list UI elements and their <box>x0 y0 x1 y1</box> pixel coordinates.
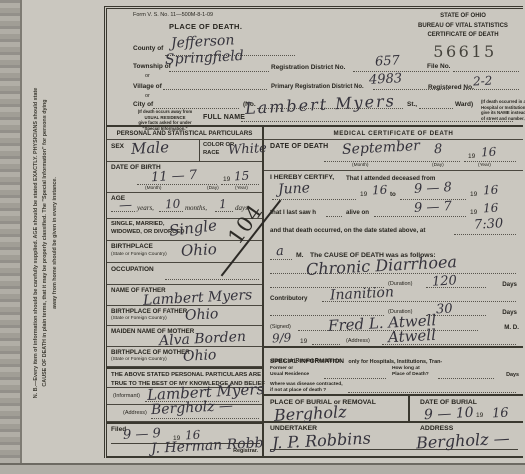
birthplace-value: Ohio <box>181 242 218 259</box>
state-heading: STATE OF OHIO BUREAU OF VITAL STATISTICS… <box>407 12 519 41</box>
day-sublabel: (Day) <box>207 186 219 191</box>
years-label: years, <box>137 204 154 212</box>
marital-label-line: SINGLE, MARRIED, <box>111 221 164 227</box>
margin-note-line: CAUSE OF DEATH in plain terms, that it m… <box>41 17 50 469</box>
dotted-line <box>464 161 516 162</box>
primary-district-value: 4983 <box>369 72 403 87</box>
father-name-row: NAME OF FATHER Lambert Myers <box>107 285 262 306</box>
special-info-rest: only for Hospitals, Institutions, Tran- <box>348 359 442 365</box>
mother-birthplace-row: BIRTHPLACE OF MOTHER (State or Foreign C… <box>107 347 262 367</box>
former-line: Usual Residence <box>270 372 309 377</box>
cause-of-death-label-row: a M. The CAUSE OF DEATH was as follows: … <box>264 247 523 265</box>
place-of-death-heading: PLACE OF DEATH. <box>169 22 242 31</box>
dotted-line <box>312 344 340 345</box>
year-prefix: 19 <box>470 209 477 216</box>
dotted-line <box>163 89 267 90</box>
dotted-line <box>272 199 356 200</box>
certify-text: That I attended deceased from <box>346 175 435 182</box>
note-line: (If death occurred in a <box>481 99 525 105</box>
death-occurred-label: and that death occurred, on the date sta… <box>270 227 425 234</box>
dotted-line <box>137 184 217 185</box>
color-race-value: White <box>228 142 267 157</box>
personal-column: PERSONAL AND STATISTICAL PARTICULARS SEX… <box>107 127 264 458</box>
informant-label: (Informant) <box>113 393 140 399</box>
contributory-row: Contributory Inanition <box>264 291 523 305</box>
death-day-value: 8 <box>434 143 443 156</box>
how-long-label: How long at Place of Death? <box>392 366 429 379</box>
former-line: Former or <box>270 366 293 371</box>
year-prefix: 19 <box>468 153 475 160</box>
last-saw-post-label: alive on <box>346 209 369 216</box>
last-saw-value: 9 — 7 <box>414 200 452 215</box>
attended-from-value: June <box>278 181 311 197</box>
primary-district-label: Primary Registration District No. <box>271 84 364 90</box>
sign-date-address-row: 9/9 19 (Address) Atwell <box>264 334 523 348</box>
color-race-cell: COLOR OR RACE White <box>199 140 264 162</box>
mother-birthplace-sublabel: (State or Foreign Country) <box>111 357 167 362</box>
birthplace-label: BIRTHPLACE <box>111 243 153 250</box>
mother-birthplace-label: BIRTHPLACE OF MOTHER <box>111 349 190 356</box>
age-years-value: — <box>119 199 133 213</box>
mother-name-value: Alva Borden <box>159 330 247 349</box>
city-label: City of <box>133 101 153 108</box>
form-number: Form V. S. No. 11—500M-8-1-09 <box>133 12 213 18</box>
physician-address-label: (Address) <box>346 338 370 344</box>
disease-contracted-label: Where was disease contracted, if not at … <box>270 382 343 395</box>
father-name-value: Lambert Myers <box>143 288 253 308</box>
howlong-line: Place of Death? <box>392 372 429 377</box>
attended-to-value: 9 — 8 <box>414 181 452 196</box>
days-label: Days <box>502 281 517 288</box>
months-label: months, <box>185 204 207 212</box>
date-of-death-row: DATE OF DEATH September 8 19 16 (Month) … <box>264 140 523 171</box>
county-label: County of <box>133 45 163 52</box>
burial-date-value: 9 — 10 <box>424 406 474 423</box>
dotted-line <box>454 234 516 235</box>
township-value: Springfield <box>165 49 244 67</box>
howlong-line: How long at <box>392 366 420 371</box>
year-prefix: 19 <box>300 338 307 345</box>
date-of-death-label: DATE OF DEATH <box>270 143 328 150</box>
dotted-line <box>169 71 269 72</box>
filed-row: Filed 9 — 9 19 16 J. Herman Robb Registr… <box>107 422 262 458</box>
dotted-line <box>215 211 233 212</box>
attended-from-year: 16 <box>372 184 388 197</box>
birthplace-sublabel: (State or Foreign Country) <box>111 252 167 257</box>
informant-address-value: Bergholz — <box>151 399 234 417</box>
dotted-line <box>151 418 259 419</box>
attest-line: THE ABOVE STATED PERSONAL PARTICULARS AR… <box>111 372 261 378</box>
note-line: (If death occurs away from <box>129 109 201 115</box>
village-label: Village of <box>133 83 162 90</box>
hospital-note: (If death occurred in a Hospital or Inst… <box>481 99 525 121</box>
md-label: M. D. <box>504 324 519 331</box>
days-label: Days <box>506 372 519 378</box>
occupation-label: OCCUPATION <box>111 266 154 273</box>
year-sublabel: (Year) <box>235 186 248 191</box>
informant-address-row: (Address) Bergholz — <box>107 405 262 422</box>
mother-name-row: MAIDEN NAME OF MOTHER Alva Borden <box>107 326 262 347</box>
undertaker-row: UNDERTAKER J. P. Robbins ADDRESS Berghol… <box>264 423 523 458</box>
days-label: Days <box>502 309 517 316</box>
sex-label: SEX <box>111 143 124 150</box>
dotted-line <box>453 71 519 72</box>
sex-color-row: SEX Male COLOR OR RACE White <box>107 140 262 162</box>
burial-year-value: 16 <box>492 407 509 421</box>
street-label: St., <box>407 101 417 108</box>
attended-to-year: 16 <box>483 184 499 197</box>
informant-address-label: (Address) <box>123 410 147 416</box>
contracted-line: Where was disease contracted, <box>270 382 343 387</box>
contracted-line: if not at place of death ? <box>270 388 326 393</box>
day-sublabel: (Day) <box>432 163 444 168</box>
meridiem-label: M. <box>296 252 304 259</box>
special-information-block: SPECIAL INFORMATION only for Hospitals, … <box>264 348 523 396</box>
registered-no-value: 2-2 <box>473 75 493 88</box>
father-birthplace-value: Ohio <box>185 307 219 323</box>
last-saw-year: 16 <box>483 202 499 215</box>
note-line: give its NAME instead <box>481 110 525 116</box>
dotted-line <box>374 216 466 217</box>
registration-district-value: 657 <box>375 54 400 68</box>
am-pm-value: a <box>276 245 284 258</box>
margin-note-line: N. B.—Every item of information should b… <box>32 17 41 469</box>
dotted-line <box>165 279 259 280</box>
father-birthplace-label: BIRTHPLACE OF FATHER <box>111 308 187 315</box>
date-of-birth-value: 11 — 7 <box>151 169 198 184</box>
or-label: or <box>145 73 150 79</box>
ward-label: Ward) <box>455 101 473 108</box>
death-month-value: September <box>342 139 421 157</box>
adjacent-page-torn-edge <box>0 0 22 474</box>
full-name-label: FULL NAME <box>203 114 245 121</box>
year-prefix: 19 <box>470 191 477 198</box>
physician-address-value: Atwell <box>388 328 437 345</box>
certificate-number: 56615 <box>417 42 513 61</box>
death-year-value: 16 <box>481 146 497 159</box>
medical-column: MEDICAL CERTIFICATE OF DEATH DATE OF DEA… <box>264 127 523 458</box>
year-prefix: 19 <box>476 412 483 419</box>
to-label: to <box>390 191 396 198</box>
occupation-row: OCCUPATION <box>107 263 262 285</box>
next-page-edge <box>0 463 525 474</box>
burial-row: PLACE OF BURIAL or REMOVAL Bergholz DATE… <box>264 396 523 423</box>
full-name-value: Lambert Myers <box>245 93 397 117</box>
duration-value: 120 <box>432 274 457 288</box>
dotted-line <box>348 392 516 393</box>
personal-title: PERSONAL AND STATISTICAL PARTICULARS <box>107 127 262 140</box>
father-birthplace-row: BIRTHPLACE OF FATHER (State or Foreign C… <box>107 306 262 326</box>
state-line: STATE OF OHIO <box>407 12 519 22</box>
state-line: CERTIFICATE OF DEATH <box>407 31 519 41</box>
mother-birthplace-value: Ohio <box>183 348 217 364</box>
form-header: Form V. S. No. 11—500M-8-1-09 PLACE OF D… <box>107 9 523 127</box>
form-columns: PERSONAL AND STATISTICAL PARTICULARS SEX… <box>107 127 523 458</box>
year-sublabel: (Year) <box>478 163 491 168</box>
or-label: or <box>145 93 150 99</box>
medical-title: MEDICAL CERTIFICATE OF DEATH <box>264 127 523 140</box>
birth-year-value: 15 <box>234 170 250 183</box>
marital-value: Single <box>168 218 217 239</box>
sex-value: Male <box>131 140 170 157</box>
dotted-line <box>241 121 513 122</box>
signed-label: (Signed) <box>270 324 291 330</box>
month-sublabel: (Month) <box>145 186 162 191</box>
burial-place-value: Bergholz <box>274 404 347 424</box>
dotted-line <box>419 108 453 109</box>
note-line: give facts asked for under <box>129 120 201 126</box>
margin-instructions: N. B.—Every item of information should b… <box>32 17 62 469</box>
month-sublabel: (Month) <box>352 163 369 168</box>
dotted-line <box>324 161 460 162</box>
dotted-line <box>270 259 292 260</box>
father-birthplace-sublabel: (State or Foreign Country) <box>111 316 167 321</box>
dotted-line <box>324 378 386 379</box>
dotted-line <box>438 378 494 379</box>
contributory-value: Inanition <box>330 285 395 302</box>
margin-note-line: away from home should be given in every … <box>51 17 60 469</box>
year-prefix: 19 <box>223 176 230 183</box>
certificate-form: Form V. S. No. 11—500M-8-1-09 PLACE OF D… <box>104 6 523 458</box>
medical-title-row: MEDICAL CERTIFICATE OF DEATH <box>264 127 523 140</box>
dotted-line <box>159 211 183 212</box>
special-info-line2: sients, or Recent Residents. <box>270 358 342 364</box>
contributory-label: Contributory <box>270 295 307 302</box>
last-saw-pre-label: that I last saw h <box>270 209 316 216</box>
state-line: BUREAU OF VITAL STATISTICS <box>407 22 519 32</box>
file-no-label: File No. <box>427 63 450 70</box>
certification-block: I HEREBY CERTIFY, That I attended deceas… <box>264 171 523 247</box>
death-time-value: 7:30 <box>474 217 504 232</box>
registration-district-label: Registration District No. <box>271 64 345 71</box>
color-label-line: RACE <box>203 150 219 156</box>
former-residence-label: Former or Usual Residence <box>270 366 309 379</box>
dotted-line <box>326 216 342 217</box>
age-months-value: 10 <box>165 198 181 211</box>
age-days-value: 1 <box>219 198 227 210</box>
dotted-line <box>463 89 519 90</box>
duration2-value: 30 <box>436 303 453 317</box>
sign-date-value: 9/9 <box>272 332 292 345</box>
year-prefix: 19 <box>360 191 367 198</box>
date-of-birth-row: DATE OF BIRTH 11 — 7 19 15 (Month) (Day)… <box>107 162 262 193</box>
burial-place-cell: PLACE OF BURIAL or REMOVAL Bergholz <box>264 396 410 423</box>
dotted-line <box>221 184 259 185</box>
personal-title-row: PERSONAL AND STATISTICAL PARTICULARS <box>107 127 262 140</box>
scanned-death-certificate: N. B.—Every item of information should b… <box>0 0 525 474</box>
